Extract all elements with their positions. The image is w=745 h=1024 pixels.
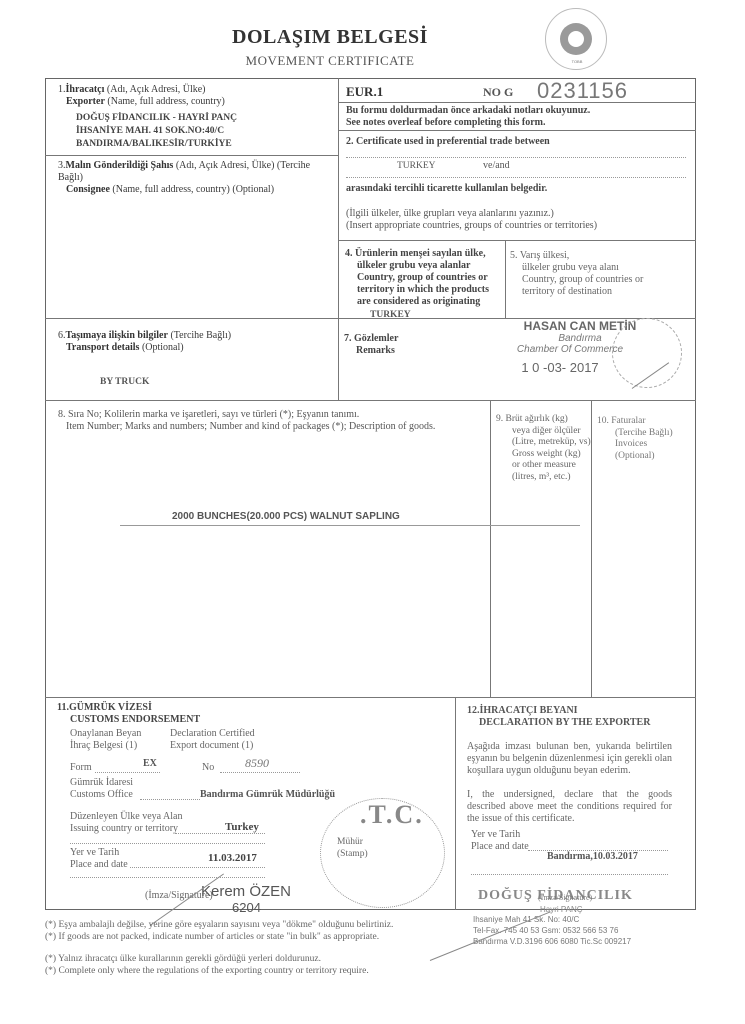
exporter-place-tr: Yer ve Tarih: [471, 829, 529, 841]
dotted-line: [471, 874, 668, 875]
office-en: Customs Office: [70, 789, 133, 801]
dotted-line: [70, 843, 265, 844]
box9-line: or other measure: [496, 460, 591, 472]
divider: [338, 240, 696, 241]
box5-line: 5. Varış ülkesi,: [510, 250, 643, 262]
box6-label-en: Transport details (Optional): [58, 342, 336, 354]
dotted-line: [130, 867, 265, 868]
footnote: (*) If goods are not packed, indicate nu…: [45, 932, 393, 944]
divider: [490, 400, 491, 697]
issuing-tr: Düzenleyen Ülke veya Alan: [70, 811, 182, 823]
box3-label-en: Consignee (Name, full address, country) …: [58, 184, 336, 196]
box4-line: Country, group of countries or: [345, 272, 489, 284]
box10-line: (Tercihe Bağlı): [597, 428, 673, 440]
form-number: 0231156: [537, 78, 628, 104]
issuing-en: Issuing country or territory: [70, 823, 182, 835]
footnote: (*) Eşya ambalajlı değilse, yerine göre …: [45, 920, 393, 932]
box7-label-en: Remarks: [344, 345, 398, 357]
box5-line: territory of destination: [510, 286, 643, 298]
box8-description: 8. Sıra No; Kolilerin marka ve işaretler…: [58, 409, 435, 433]
goods-description: 2000 BUNCHES(20.000 PCS) WALNUT SAPLING: [172, 511, 400, 522]
footnote: (*) Yalnız ihracatçı ülke kurallarının g…: [45, 954, 393, 966]
box1-label-tr: 1.İhracatçı (Adı, Açık Adresi, Ülke): [58, 84, 333, 96]
box7-remarks: 7. Gözlemler Remarks: [344, 333, 398, 357]
box11-title-en: CUSTOMS ENDORSEMENT: [57, 714, 200, 726]
declaration-tr: Aşağıda imzası bulunan ben, yukarıda bel…: [467, 741, 672, 777]
dotted-line: [220, 772, 300, 773]
box6-label-tr: 6.Taşımaya ilişkin bilgiler (Tercihe Bağ…: [58, 330, 336, 342]
issuing-labels: Düzenleyen Ülke veya Alan Issuing countr…: [70, 811, 182, 835]
box10-line: 10. Faturalar: [597, 416, 673, 428]
stamp-label: Mühür (Stamp): [337, 837, 368, 860]
box5-destination: 5. Varış ülkesi, ülkeler grubu veya alan…: [510, 250, 643, 298]
notes-en: See notes overleaf before completing thi…: [346, 117, 590, 129]
divider: [505, 240, 506, 318]
form-frame: [45, 78, 696, 910]
footnotes: (*) Eşya ambalajlı değilse, yerine göre …: [45, 920, 393, 977]
divider: [338, 130, 696, 131]
box6-value: BY TRUCK: [100, 377, 149, 389]
dotted-line: [346, 157, 686, 158]
dotted-line: [70, 877, 265, 878]
form-type: EUR.1: [346, 84, 383, 100]
stamp-line: Tel-Fax. 745 40 53 Gsm: 0532 566 53 76: [473, 925, 631, 936]
goods-underline: [120, 525, 580, 526]
box2-country1: TURKEY: [397, 161, 436, 173]
place-en: Place and date: [70, 859, 128, 871]
form-no-label: NO G: [483, 85, 513, 100]
export-tr: İhraç Belgesi (1): [70, 740, 141, 752]
box1-label-en: Exporter (Name, full address, country): [58, 96, 333, 108]
box9-line: (Litre, metreküp, vs): [496, 437, 591, 449]
box12-title: 12.İHRACATÇI BEYANI DECLARATION BY THE E…: [467, 705, 650, 729]
approved-en: Declaration Certified: [170, 728, 255, 740]
box10-line: Invoices: [597, 439, 673, 451]
box9-weight: 9. Brüt ağırlık (kg) veya diğer ölçüler …: [496, 414, 591, 483]
divider: [591, 400, 592, 697]
box3-label-tr: 3.Malın Gönderildiği Şahıs (Adı, Açık Ad…: [58, 160, 336, 184]
stamp-line: Bandırma V.D.3196 606 6080 Tic.Sc 009217: [473, 936, 631, 947]
stamp-line: Ihsaniye Mah 41 Sk. No: 40/C: [473, 914, 631, 925]
box5-line: Country, group of countries or: [510, 274, 643, 286]
box4-origin: 4. Ürünlerin menşei sayılan ülke, ülkele…: [345, 248, 489, 308]
tobb-seal-icon: TOBB: [545, 8, 607, 70]
customs-office-labels: Gümrük İdaresi Customs Office: [70, 777, 133, 801]
stamp-label-en: (Stamp): [337, 849, 368, 861]
declaration-en: I, the undersigned, declare that the goo…: [467, 789, 672, 825]
box4-line: territory in which the products: [345, 284, 489, 296]
box7-label-tr: 7. Gözlemler: [344, 333, 398, 345]
box12-title-en: DECLARATION BY THE EXPORTER: [467, 717, 650, 729]
officer-id: 6204: [232, 900, 261, 915]
box8-label-en: Item Number; Marks and numbers; Number a…: [58, 421, 435, 433]
customs-office-value: Bandırma Gümrük Müdürlüğü: [200, 789, 335, 801]
footnote: (*) Complete only where the regulations …: [45, 966, 393, 978]
no-field-value: 8590: [245, 756, 269, 771]
box5-line: ülkeler grubu veya alanı: [510, 262, 643, 274]
box2-and: ve/and: [483, 160, 510, 172]
box11-title: 11.GÜMRÜK VİZESİ CUSTOMS ENDORSEMENT: [57, 702, 200, 726]
box10-line: (Optional): [597, 451, 673, 463]
box9-line: 9. Brüt ağırlık (kg): [496, 414, 591, 426]
exporter-stamp-lines: Ihsaniye Mah 41 Sk. No: 40/C Tel-Fax. 74…: [473, 914, 631, 947]
box9-line: (litres, m³, etc.): [496, 472, 591, 484]
place-tr: Yer ve Tarih: [70, 847, 128, 859]
box9-line: veya diğer ölçüler: [496, 426, 591, 438]
box3-consignee: 3.Malın Gönderildiği Şahıs (Adı, Açık Ad…: [58, 160, 336, 196]
place-labels: Yer ve Tarih Place and date: [70, 847, 128, 871]
box4-line: are considered as originating: [345, 296, 489, 308]
seal-text: .T.C.: [360, 800, 424, 830]
box2-hint: (İlgili ülkeler, ülke grupları veya alan…: [346, 208, 597, 232]
dotted-line: [140, 799, 200, 800]
exporter-place-labels: Yer ve Tarih Place and date: [471, 829, 529, 853]
place-value: 11.03.2017: [208, 852, 257, 865]
divider: [455, 697, 456, 910]
box6-transport: 6.Taşımaya ilişkin bilgiler (Tercihe Bağ…: [58, 330, 336, 354]
box4-line: ülkeler grubu veya alanlar: [345, 260, 489, 272]
issuing-value: Turkey: [225, 821, 259, 834]
divider: [45, 400, 696, 401]
approved-declaration: Onaylanan Beyan İhraç Belgesi (1): [70, 728, 141, 752]
notes: Bu formu doldurmadan önce arkadaki notla…: [346, 105, 590, 129]
exporter-place-en: Place and date: [471, 841, 529, 853]
divider: [338, 102, 696, 103]
notes-tr: Bu formu doldurmadan önce arkadaki notla…: [346, 105, 590, 117]
logo-caption: TOBB: [546, 59, 608, 64]
exporter-place-value: Bandırma,10.03.2017: [547, 851, 638, 863]
form-field-label: Form: [70, 762, 92, 774]
office-tr: Gümrük İdaresi: [70, 777, 133, 789]
form-field-value: EX: [143, 758, 157, 770]
export-en: Export document (1): [170, 740, 255, 752]
box2-tr-line: arasındaki tercihli ticarette kullanılan…: [346, 183, 547, 195]
divider: [45, 697, 696, 698]
box2-hint-en: (Insert appropriate countries, groups of…: [346, 220, 597, 232]
exporter-name: DOĞUŞ FİDANCILIK - HAYRİ PANÇ: [76, 112, 333, 125]
box8-label-tr: 8. Sıra No; Kolilerin marka ve işaretler…: [58, 409, 435, 421]
box11-title-tr: 11.GÜMRÜK VİZESİ: [57, 702, 200, 714]
dotted-line: [346, 177, 686, 178]
box10-invoices: 10. Faturalar (Tercihe Bağlı) Invoices (…: [597, 416, 673, 462]
stamp-label-tr: Mühür: [337, 837, 368, 849]
approved-tr: Onaylanan Beyan: [70, 728, 141, 740]
box12-title-tr: 12.İHRACATÇI BEYANI: [467, 705, 650, 717]
approved-declaration-en: Declaration Certified Export document (1…: [170, 728, 255, 752]
box1-exporter: 1.İhracatçı (Adı, Açık Adresi, Ülke) Exp…: [58, 84, 333, 151]
no-field-label: No: [202, 762, 214, 774]
box2-hint-tr: (İlgili ülkeler, ülke grupları veya alan…: [346, 208, 597, 220]
officer-name: Kerem ÖZEN: [201, 883, 291, 900]
box9-line: Gross weight (kg): [496, 449, 591, 461]
exporter-address: İHSANİYE MAH. 41 SOK.NO:40/C: [76, 125, 333, 138]
dotted-line: [95, 772, 160, 773]
exporter-signature-label: (İmza/Signature): [538, 893, 592, 902]
box4-value: TURKEY: [370, 310, 411, 322]
box2-label: 2. Certificate used in preferential trad…: [346, 136, 550, 148]
box4-line: 4. Ürünlerin menşei sayılan ülke,: [345, 248, 489, 260]
divider: [45, 155, 338, 156]
exporter-city: BANDIRMA/BALIKESİR/TURKİYE: [76, 138, 333, 151]
divider: [338, 78, 339, 400]
